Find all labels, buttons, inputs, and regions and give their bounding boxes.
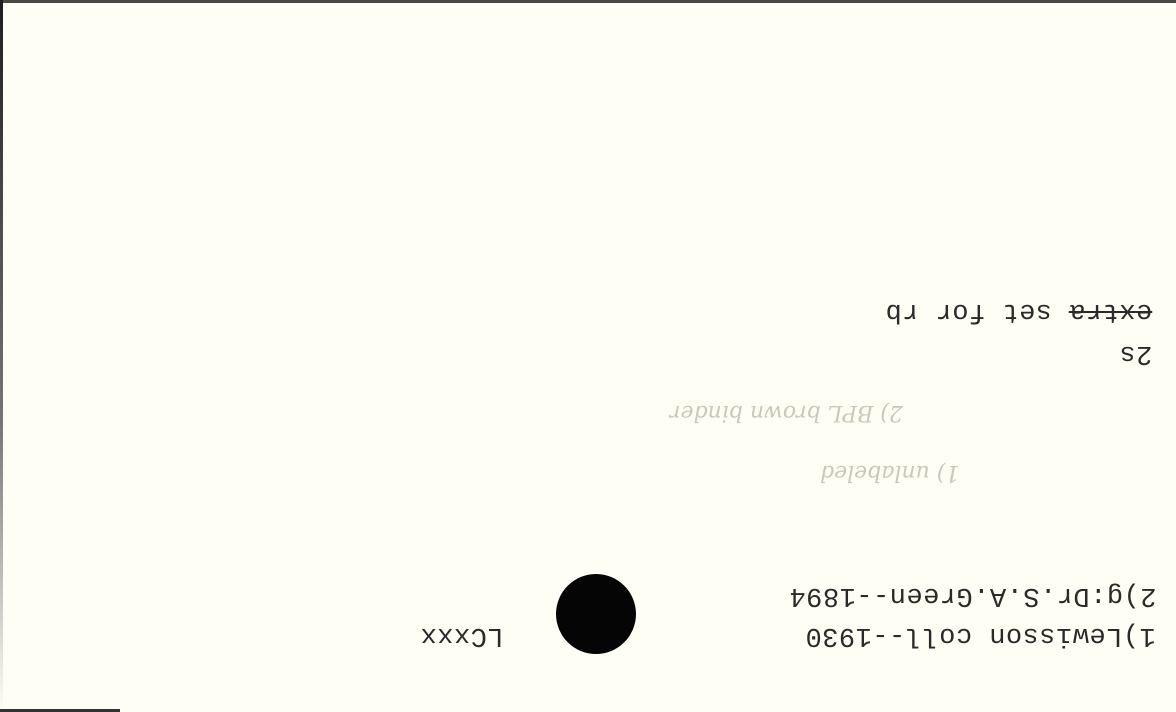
card-top-edge — [0, 0, 1176, 3]
struck-word: extra — [1068, 296, 1152, 326]
provenance-line-1: 1)Lewisson coll--1930 — [805, 620, 1156, 650]
count-note: 2s — [1119, 338, 1152, 368]
pencil-note-1: 1) unlabeled — [820, 460, 959, 485]
call-number: LCxxx — [420, 620, 504, 650]
note-rest: set for rb — [885, 296, 1069, 326]
catalog-card: 1)Lewisson coll--1930 2)g:Dr.S.A.Green--… — [0, 0, 1176, 712]
card-left-edge — [0, 0, 3, 712]
punched-hole-dot — [556, 574, 636, 654]
provenance-line-2: 2)g:Dr.S.A.Green--1894 — [789, 580, 1156, 610]
pencil-note-2: 2) BPL brown binder — [670, 400, 903, 425]
extra-set-note: extra set for rb — [885, 296, 1152, 326]
